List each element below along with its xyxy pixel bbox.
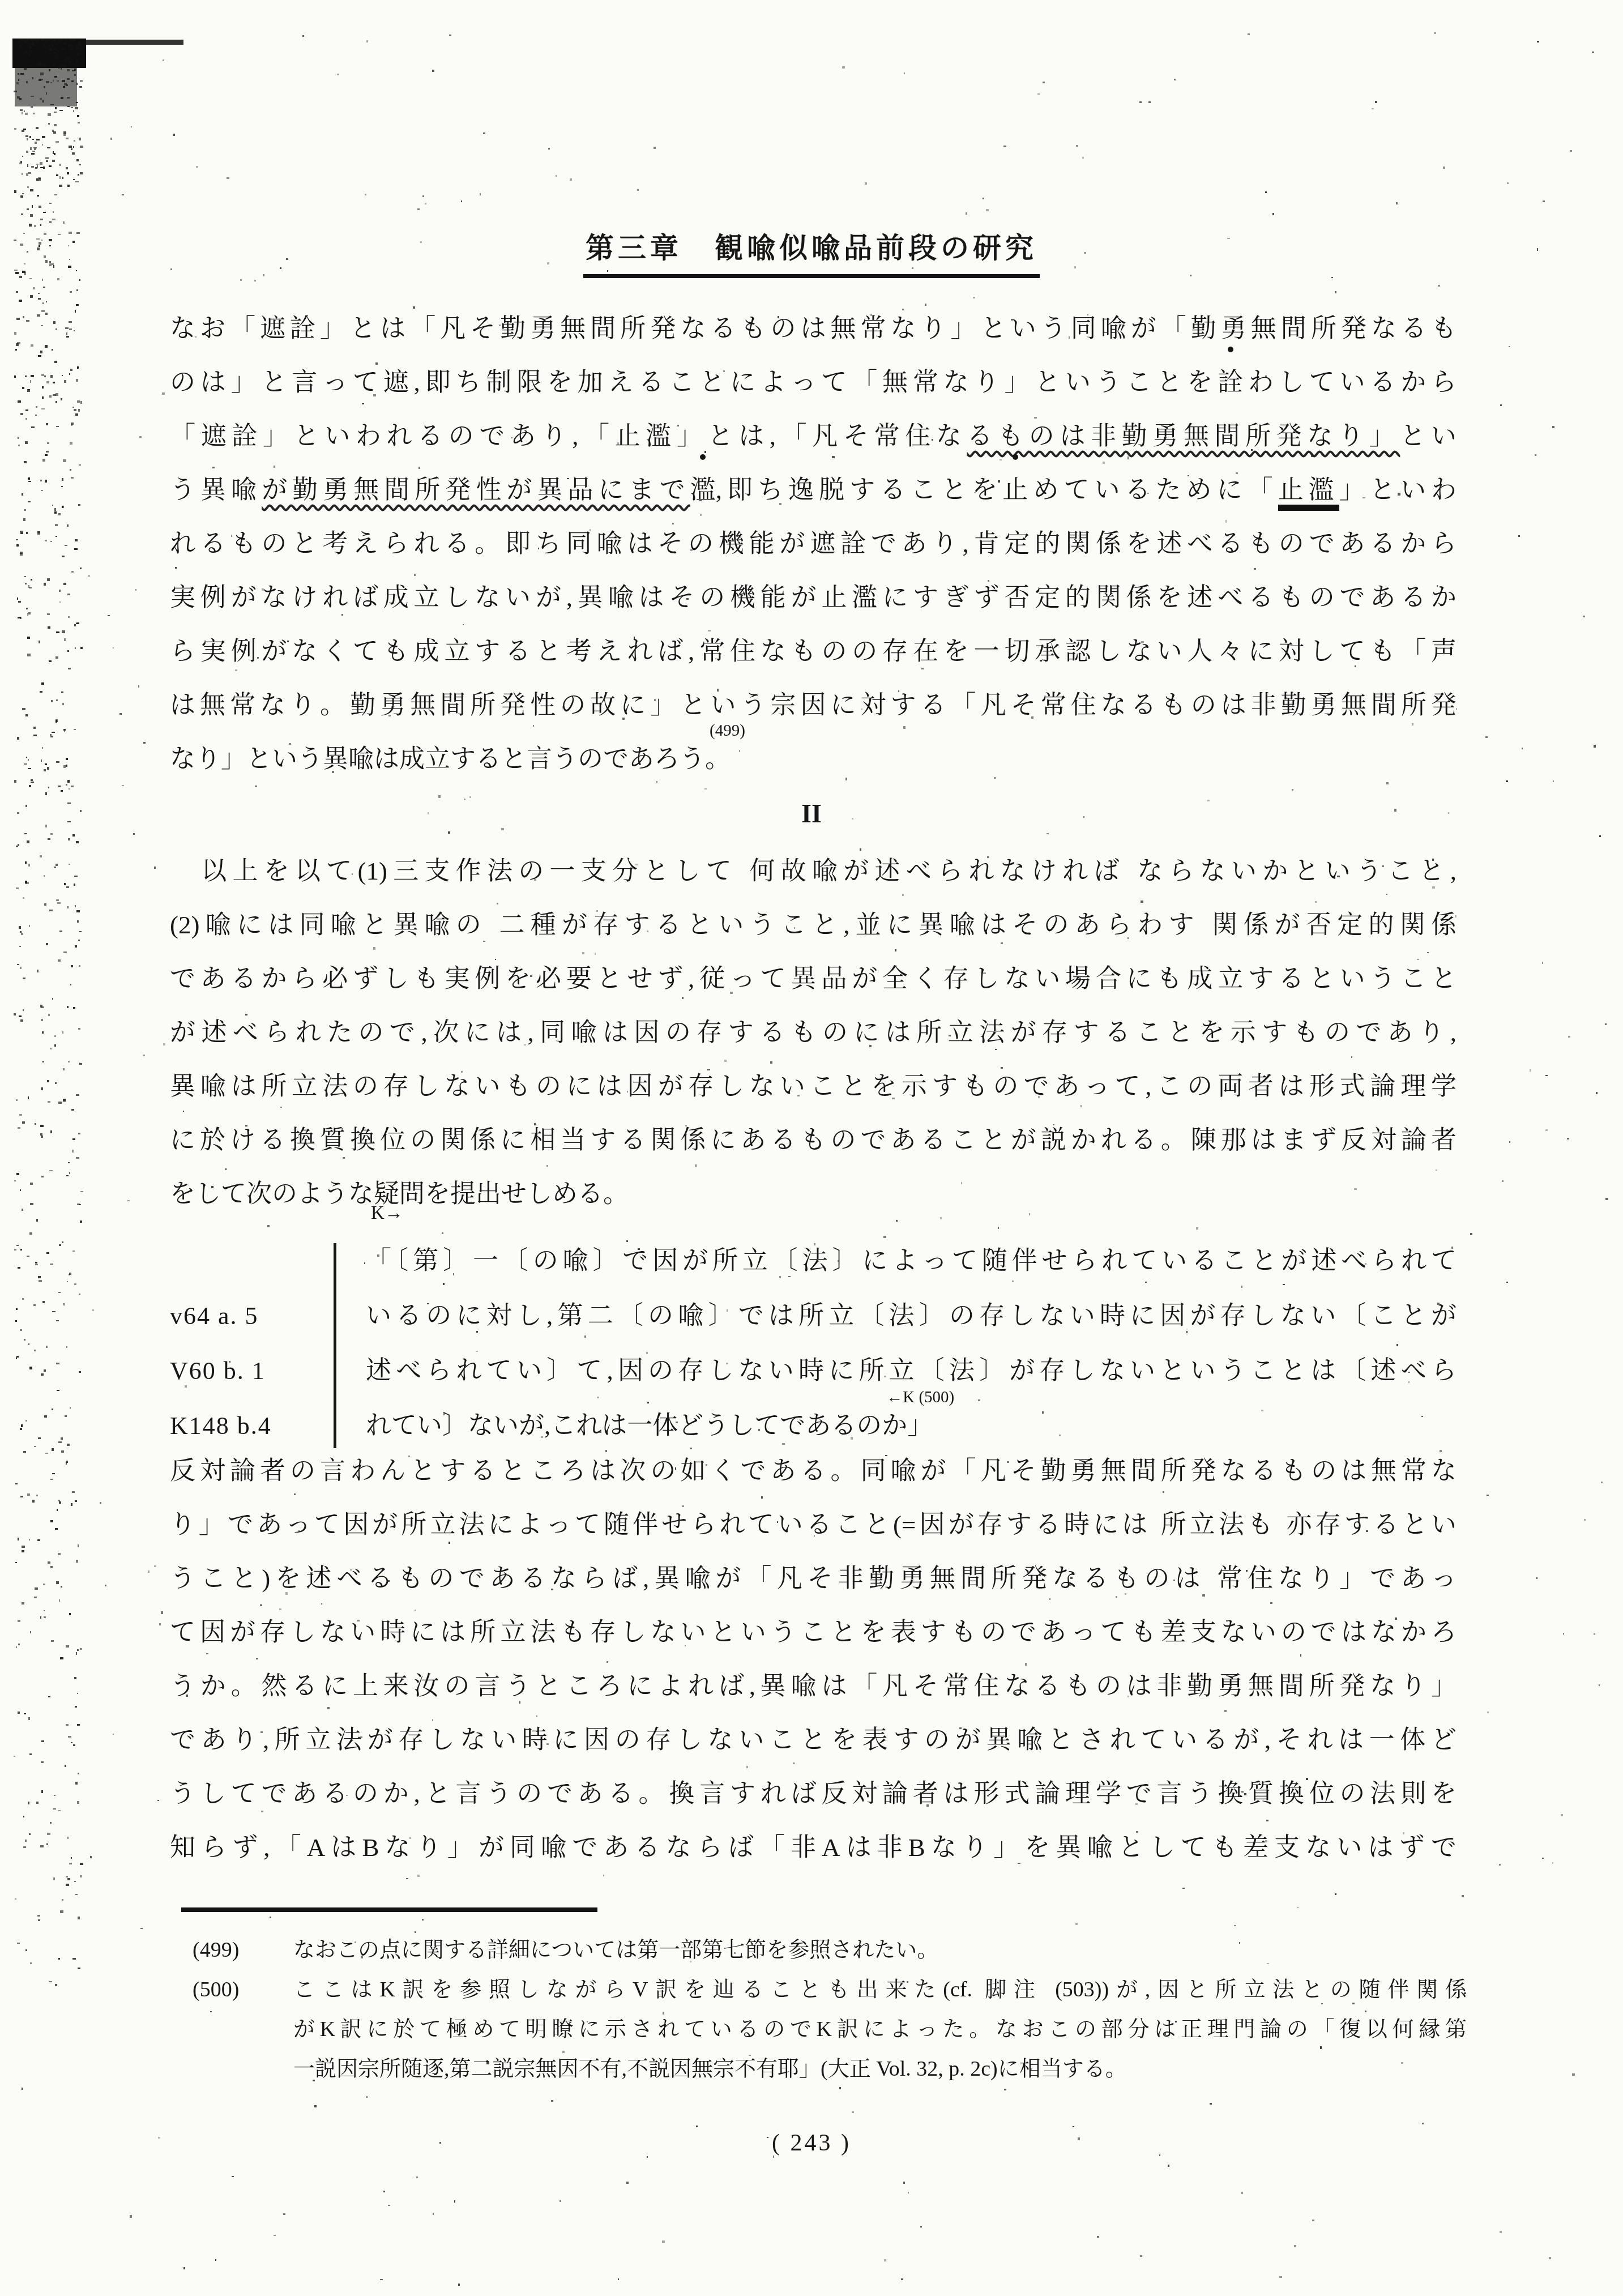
noise-speck	[72, 39, 75, 41]
noise-speck	[42, 100, 44, 103]
noise-speck	[15, 1562, 17, 1563]
noise-speck	[55, 1082, 57, 1085]
noise-speck	[154, 867, 156, 869]
noise-speck	[35, 167, 37, 169]
noise-speck	[71, 46, 74, 47]
noise-speck	[31, 779, 33, 781]
noise-speck	[42, 144, 43, 146]
noise-speck	[44, 903, 47, 906]
noise-speck	[65, 1415, 67, 1416]
noise-speck	[78, 174, 79, 176]
noise-speck	[75, 647, 76, 648]
noise-speck	[28, 1343, 30, 1345]
noise-speck	[1543, 200, 1545, 202]
noise-speck	[53, 151, 54, 153]
noise-speck	[59, 164, 61, 166]
noise-speck	[30, 1631, 31, 1633]
noise-speck	[19, 163, 22, 164]
noise-speck	[59, 1501, 61, 1504]
noise-speck	[33, 287, 35, 289]
noise-speck	[61, 1437, 62, 1440]
noise-speck	[16, 544, 19, 547]
noise-speck	[67, 185, 70, 187]
scan-gutter-smudge	[15, 67, 77, 106]
noise-speck	[22, 1550, 24, 1552]
dot-mark: 止	[1002, 463, 1028, 517]
noise-speck	[15, 1483, 18, 1484]
noise-speck	[46, 423, 48, 425]
noise-speck	[61, 67, 62, 70]
noise-speck	[33, 39, 36, 41]
noise-speck	[46, 160, 49, 162]
noise-speck	[53, 80, 54, 81]
noise-speck	[46, 1346, 48, 1348]
noise-speck	[76, 379, 78, 381]
noise-speck	[40, 162, 42, 165]
noise-speck	[20, 1428, 22, 1430]
noise-speck	[26, 608, 27, 609]
noise-speck	[119, 713, 122, 715]
noise-speck	[139, 436, 141, 438]
noise-speck	[69, 1172, 71, 1174]
noise-speck	[55, 401, 57, 403]
noise-speck	[67, 78, 70, 79]
noise-speck	[556, 175, 557, 177]
wavy-mark: るものは非勤勇無間所発なり」	[967, 422, 1400, 450]
noise-speck	[41, 682, 44, 685]
noise-speck	[40, 219, 42, 221]
noise-speck	[74, 69, 76, 71]
noise-speck	[48, 1014, 50, 1016]
noise-speck	[1545, 1129, 1548, 1131]
noise-speck	[31, 426, 34, 428]
noise-speck	[40, 79, 43, 80]
noise-speck	[227, 177, 229, 179]
noise-speck	[966, 212, 968, 214]
noise-speck	[79, 164, 81, 166]
noise-speck	[55, 393, 58, 396]
noise-speck	[25, 135, 28, 137]
noise-speck	[35, 1262, 37, 1263]
noise-speck	[58, 1102, 62, 1104]
noise-speck	[74, 1881, 76, 1882]
noise-speck	[21, 39, 24, 40]
noise-speck	[46, 1843, 48, 1845]
noise-speck	[1210, 2103, 1212, 2105]
noise-speck	[23, 978, 26, 979]
noise-speck	[1196, 1227, 1198, 1230]
noise-speck	[67, 1444, 70, 1445]
noise-speck	[51, 48, 53, 50]
noise-speck	[127, 1200, 130, 1201]
noise-speck	[79, 1371, 81, 1373]
noise-speck	[44, 65, 46, 67]
text-line: り」であって因が所立法によって随伴せられていること(=因が存する時には 所立法も…	[170, 1498, 1457, 1552]
noise-speck	[1567, 1138, 1569, 1140]
noise-speck	[18, 1620, 21, 1622]
noise-speck	[75, 181, 78, 182]
noise-speck	[56, 43, 57, 46]
noise-speck	[66, 1346, 67, 1348]
noise-speck	[28, 481, 31, 482]
noise-speck	[122, 785, 124, 786]
noise-speck	[41, 759, 42, 762]
noise-speck	[42, 45, 45, 47]
noise-speck	[135, 589, 136, 591]
noise-speck	[80, 1863, 83, 1865]
noise-speck	[274, 2235, 276, 2236]
noise-speck	[29, 1833, 31, 1835]
noise-speck	[53, 1877, 55, 1880]
footnote-text: なおこの点に関する詳細については第一部第七節を参照されたい。	[293, 1930, 1467, 1970]
noise-speck	[51, 41, 53, 42]
noise-speck	[76, 910, 80, 912]
noise-speck	[79, 1204, 80, 1205]
noise-speck	[53, 382, 55, 383]
noise-speck	[70, 442, 72, 445]
noise-speck	[56, 761, 59, 763]
noise-speck	[76, 304, 78, 306]
noise-speck	[20, 553, 23, 556]
noise-speck	[1190, 275, 1192, 276]
noise-speck	[1396, 202, 1398, 204]
text-line: 一説因宗所随逐,第二説宗無因不有,不説因無宗不有耶」(大正 Vol. 32, p…	[293, 2049, 1467, 2089]
noise-speck	[70, 291, 72, 293]
noise-speck	[56, 899, 59, 901]
noise-speck	[66, 1462, 67, 1465]
noise-speck	[53, 131, 57, 134]
noise-speck	[1563, 1633, 1564, 1634]
noise-speck	[1549, 2257, 1551, 2259]
noise-speck	[67, 594, 70, 595]
text-line: う異喩が勤勇無間所発性が異品にまで濫,即ち逸脱することを止めているために「止濫」…	[170, 463, 1457, 517]
noise-speck	[63, 134, 66, 136]
noise-speck	[383, 2191, 385, 2192]
noise-speck	[270, 1917, 271, 1918]
noise-speck	[40, 855, 42, 857]
paragraph-3: 反対論者の言わんとするところは次の如くである。同喩が「凡そ勤勇無間所発なるものは…	[170, 1444, 1457, 1875]
noise-speck	[41, 490, 42, 492]
noise-speck	[417, 1875, 420, 1877]
noise-speck	[68, 45, 71, 47]
noise-speck	[46, 81, 49, 83]
noise-speck	[69, 1613, 71, 1616]
noise-speck	[548, 148, 550, 150]
noise-speck	[53, 211, 54, 213]
noise-speck	[77, 1204, 80, 1205]
noise-speck	[14, 1756, 15, 1757]
noise-speck	[280, 267, 281, 269]
noise-speck	[47, 442, 49, 445]
text-line: なり」という異喩は成立すると言うのであろう(499)。	[170, 732, 1457, 786]
noise-speck	[44, 63, 47, 65]
noise-speck	[24, 461, 26, 463]
noise-speck	[62, 177, 64, 179]
noise-speck	[1518, 535, 1520, 537]
noise-speck	[36, 178, 38, 180]
noise-speck	[41, 1006, 45, 1008]
noise-speck	[14, 375, 16, 378]
noise-speck	[27, 654, 31, 656]
noise-speck	[54, 39, 56, 41]
noise-speck	[61, 1586, 62, 1587]
noise-speck	[27, 637, 30, 639]
noise-speck	[998, 1227, 999, 1229]
noise-speck	[47, 147, 50, 149]
noise-speck	[551, 2100, 553, 2102]
noise-speck	[1312, 2220, 1314, 2221]
noise-speck	[59, 185, 62, 187]
noise-speck	[15, 349, 16, 351]
noise-speck	[21, 214, 23, 215]
noise-speck	[56, 1363, 59, 1364]
text-run: なお「遮詮」とは「凡そ勤勇無間所発なるものは無常なり」という同喩が「勤勇無間所発…	[170, 314, 1457, 343]
noise-speck	[696, 2126, 698, 2127]
noise-speck	[62, 40, 63, 42]
noise-speck	[22, 271, 25, 273]
noise-speck	[157, 1800, 159, 1801]
noise-speck	[143, 742, 145, 744]
noise-speck	[1487, 1495, 1489, 1496]
noise-speck	[21, 933, 23, 935]
noise-speck	[70, 469, 71, 471]
noise-speck	[113, 647, 114, 649]
noise-speck	[27, 1256, 29, 1257]
noise-speck	[73, 1744, 76, 1746]
noise-speck	[71, 786, 74, 787]
noise-speck	[20, 617, 22, 618]
noise-speck	[26, 757, 27, 758]
noise-speck	[22, 387, 24, 389]
noise-speck	[80, 1191, 83, 1192]
noise-speck	[55, 524, 58, 526]
noise-speck	[71, 107, 73, 108]
noise-speck	[77, 920, 79, 923]
noise-speck	[380, 2279, 382, 2280]
noise-speck	[42, 1031, 44, 1034]
text-run: 反対論者の言わんとするところは次の如くである。同喩が「凡そ勤勇無間所発なるものは…	[170, 1457, 1457, 1485]
noise-speck	[45, 1453, 48, 1454]
noise-speck	[39, 641, 40, 643]
quote-line: 「〔第〕一〔の喩〕で因が所立〔法〕によって随伴せられていることが述べられて	[333, 1234, 1457, 1288]
noise-speck	[15, 1320, 16, 1322]
noise-speck	[432, 70, 434, 72]
noise-speck	[70, 984, 71, 985]
noise-speck	[67, 1006, 69, 1008]
text-line: 異喩は所立法の存しないものには因が存しないことを示すものであって,この両者は形式…	[170, 1060, 1457, 1113]
noise-speck	[27, 186, 28, 188]
noise-speck	[27, 1493, 30, 1495]
footnote-number: (500)	[193, 1970, 239, 2009]
noise-speck	[41, 325, 43, 326]
noise-speck	[1570, 150, 1572, 151]
noise-speck	[76, 841, 78, 843]
noise-speck	[1265, 191, 1267, 193]
noise-speck	[31, 344, 33, 347]
noise-speck	[59, 60, 62, 62]
noise-speck	[66, 765, 67, 767]
noise-speck	[49, 49, 52, 51]
noise-speck	[161, 1611, 163, 1614]
noise-speck	[76, 1560, 78, 1563]
noise-speck	[58, 41, 59, 42]
noise-speck	[1584, 1519, 1586, 1521]
noise-speck	[67, 906, 69, 908]
noise-speck	[72, 1138, 75, 1140]
noise-speck	[52, 349, 53, 350]
noise-speck	[20, 967, 21, 969]
noise-speck	[71, 47, 73, 49]
noise-speck	[30, 50, 32, 53]
noise-speck	[480, 193, 481, 195]
noise-speck	[28, 501, 30, 502]
noise-speck	[69, 1863, 72, 1864]
noise-speck	[1168, 2165, 1169, 2167]
noise-speck	[47, 1080, 50, 1082]
noise-speck	[75, 539, 78, 542]
noise-speck	[18, 445, 20, 447]
noise-speck	[76, 102, 78, 103]
noise-speck	[80, 567, 82, 569]
noise-speck	[80, 401, 82, 403]
noise-speck	[1443, 167, 1445, 169]
margin-ref	[170, 1234, 333, 1288]
noise-speck	[20, 1249, 22, 1251]
noise-speck	[54, 511, 57, 514]
noise-speck	[71, 477, 74, 479]
noise-speck	[58, 40, 61, 43]
noise-speck	[65, 327, 68, 329]
noise-speck	[36, 39, 39, 40]
noise-speck	[78, 1544, 79, 1547]
noise-speck	[58, 66, 60, 68]
noise-speck	[41, 1740, 44, 1742]
noise-speck	[61, 97, 63, 99]
noise-speck	[14, 1013, 16, 1015]
noise-speck	[63, 951, 66, 954]
noise-speck	[842, 66, 844, 69]
noise-speck	[57, 1390, 59, 1392]
noise-speck	[90, 1856, 92, 1858]
noise-speck	[63, 221, 65, 223]
noise-speck	[49, 395, 51, 398]
noise-speck	[61, 398, 63, 400]
noise-speck	[63, 583, 66, 586]
text-run: とい	[1400, 422, 1457, 450]
noise-speck	[25, 41, 27, 44]
text-run: がK訳に於て極めて明瞭に示されているのでK訳によった。なおこの部分は正理門論の「…	[293, 2017, 1467, 2041]
noise-speck	[74, 729, 76, 730]
noise-speck	[38, 63, 41, 65]
noise-speck	[416, 2176, 418, 2178]
noise-speck	[40, 1005, 42, 1007]
noise-speck	[36, 40, 39, 42]
noise-speck	[44, 1369, 46, 1372]
noise-speck	[52, 505, 53, 506]
noise-speck	[25, 418, 27, 420]
noise-speck	[61, 1450, 64, 1453]
noise-speck	[23, 1816, 25, 1817]
noise-speck	[37, 1915, 40, 1917]
noise-speck	[48, 123, 49, 125]
noise-speck	[62, 506, 64, 508]
noise-speck	[1594, 1633, 1595, 1635]
noise-speck	[140, 1928, 143, 1930]
noise-speck	[80, 1875, 82, 1877]
noise-speck	[61, 486, 63, 487]
noise-speck	[78, 1917, 80, 1919]
noise-speck	[45, 540, 46, 541]
noise-speck	[1537, 41, 1539, 42]
noise-speck	[25, 113, 28, 116]
noise-speck	[56, 1581, 59, 1584]
noise-speck	[49, 69, 50, 71]
noise-speck	[51, 1640, 54, 1642]
noise-speck	[44, 875, 45, 877]
noise-speck	[1139, 101, 1142, 103]
noise-speck	[66, 332, 67, 335]
noise-speck	[16, 1245, 19, 1247]
noise-speck	[1542, 962, 1544, 964]
chapter-title: 第三章 観喩似喩品前段の研究	[0, 225, 1623, 266]
noise-speck	[18, 844, 19, 846]
noise-speck	[23, 316, 24, 318]
noise-speck	[173, 134, 175, 136]
noise-speck	[70, 39, 72, 41]
noise-speck	[50, 1130, 52, 1133]
noise-speck	[46, 301, 48, 302]
noise-speck	[64, 883, 66, 885]
noise-speck	[62, 375, 63, 377]
footnote-text: ここはK訳を参照しながらV訳を辿ることも出来た(cf. 脚注 (503))が,因…	[293, 1970, 1467, 2089]
noise-speck	[1241, 2192, 1243, 2193]
noise-speck	[69, 61, 71, 63]
noise-speck	[1073, 2126, 1074, 2127]
noise-speck	[31, 166, 34, 168]
noise-speck	[42, 747, 44, 749]
noise-speck	[16, 539, 18, 541]
noise-speck	[41, 1761, 44, 1763]
noise-speck	[43, 1584, 45, 1585]
noise-speck	[78, 41, 81, 44]
noise-speck	[1542, 1858, 1544, 1859]
noise-speck	[80, 172, 83, 174]
noise-speck	[32, 151, 35, 152]
noise-speck	[42, 396, 44, 399]
noise-speck	[50, 1048, 52, 1049]
noise-speck	[39, 178, 41, 181]
noise-speck	[75, 413, 78, 416]
noise-speck	[54, 361, 57, 364]
noise-speck	[29, 587, 32, 588]
noise-speck	[30, 380, 32, 383]
noise-speck	[27, 138, 28, 140]
noise-speck	[25, 714, 28, 716]
noise-speck	[39, 40, 40, 42]
page-number: ( 243 )	[0, 2129, 1623, 2157]
noise-speck	[28, 477, 30, 480]
noise-speck	[62, 1899, 63, 1901]
noise-speck	[41, 1136, 43, 1138]
noise-speck	[74, 1283, 76, 1286]
noise-speck	[74, 624, 76, 626]
noise-speck	[64, 731, 65, 732]
noise-speck	[52, 160, 55, 162]
noise-speck	[28, 44, 32, 45]
noise-speck	[131, 126, 132, 128]
noise-speck	[20, 73, 23, 75]
noise-speck	[51, 700, 52, 702]
